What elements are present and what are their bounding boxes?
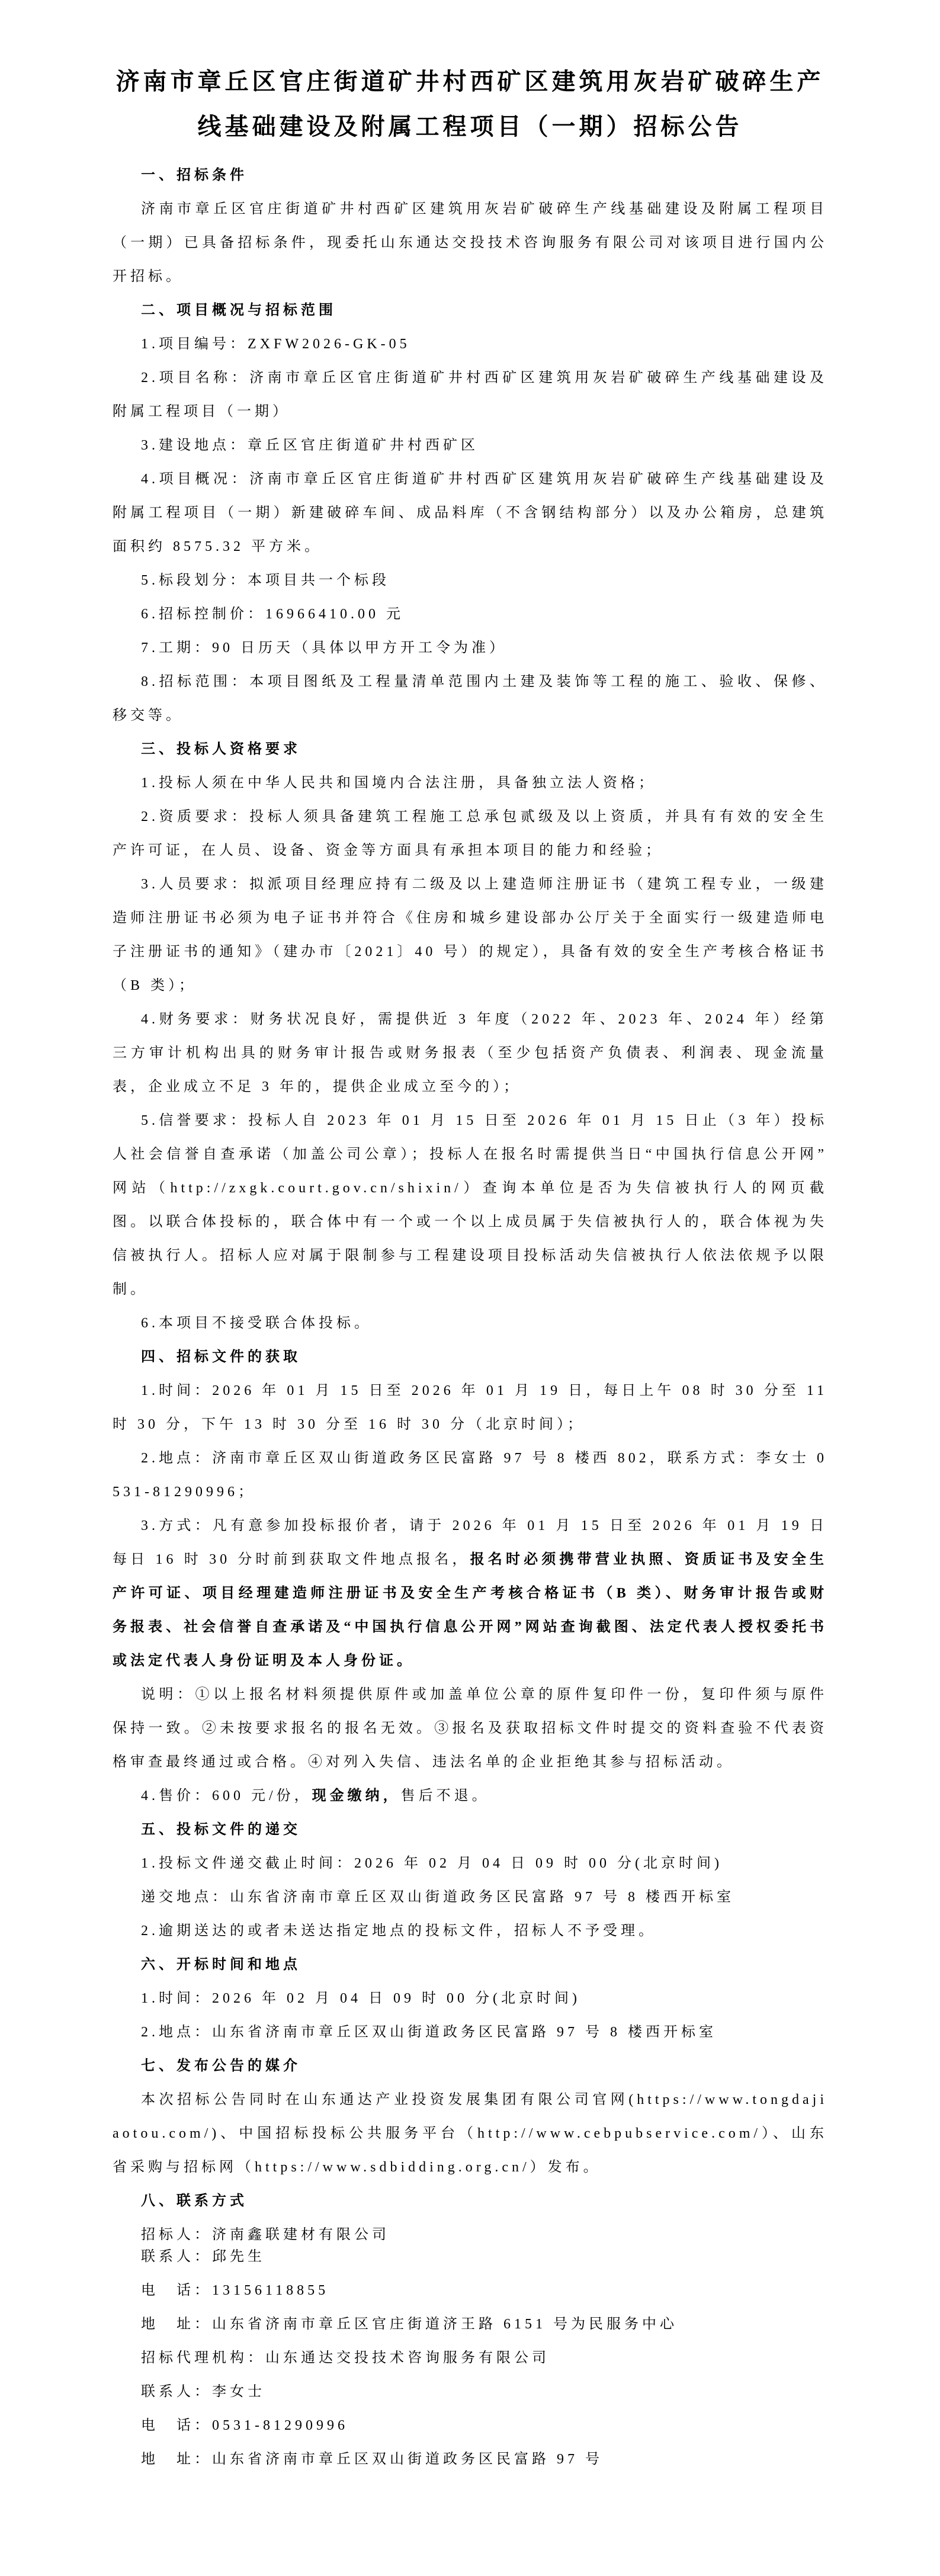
text-segment: 电 话：13156118855 [141,2283,329,2298]
text-segment: 招标代理机构：山东通达交投技术咨询服务有限公司 [141,2350,550,2366]
agency-contact-person: 联系人：李女士 [113,2375,827,2409]
paragraph: 1.投标文件递交截止时间：2026 年 02 月 04 日 09 时 00 分(… [113,1847,827,1881]
paragraph: 1.时间：2026 年 02 月 04 日 09 时 00 分(北京时间) [113,1982,827,2016]
paragraph: 5.信誉要求：投标人自 2023 年 01 月 15 日至 2026 年 01 … [113,1104,827,1307]
text-segment: 6.本项目不接受联合体投标。 [141,1316,372,1331]
text-segment: 1.时间：2026 年 02 月 04 日 09 时 00 分(北京时间) [141,1991,580,2006]
paragraph: 1.项目编号：ZXFW2026-GK-05 [113,328,827,361]
section-heading-6: 六、开标时间和地点 [113,1948,827,1982]
tenderer-address: 地 址：山东省济南市章丘区官庄街道济王路 6151 号为民服务中心 [113,2308,827,2341]
paragraph: 4.财务要求：财务状况良好，需提供近 3 年度（2022 年、2023 年、20… [113,1003,827,1104]
paragraph: 递交地点：山东省济南市章丘区双山街道政务区民富路 97 号 8 楼西开标室 [113,1881,827,1914]
section-heading-3: 三、投标人资格要求 [113,733,827,766]
paragraph: 5.标段划分：本项目共一个标段 [113,564,827,598]
text-segment: 1.项目编号：ZXFW2026-GK-05 [141,336,410,352]
text-segment: 递交地点：山东省济南市章丘区双山街道政务区民富路 97 号 8 楼西开标室 [141,1890,734,1905]
document-page: 济南市章丘区官庄街道矿井村西矿区建筑用灰岩矿破碎生产线基础建设及附属工程项目（一… [0,0,940,2576]
text-segment: 电 话：0531-81290996 [141,2418,348,2433]
text-segment: 1.投标文件递交截止时间：2026 年 02 月 04 日 09 时 00 分(… [141,1856,723,1871]
text-segment: 2.地点：山东省济南市章丘区双山街道政务区民富路 97 号 8 楼西开标室 [141,2025,717,2040]
paragraph: 3.方式：凡有意参加投标报价者，请于 2026 年 01 月 15 日至 202… [113,1509,827,1678]
paragraph: 3.建设地点：章丘区官庄街道矿井村西矿区 [113,429,827,463]
text-segment: 4.项目概况：济南市章丘区官庄街道矿井村西矿区建筑用灰岩矿破碎生产线基础建设及附… [113,471,827,554]
paragraph: 4.售价：600 元/份，现金缴纳，售后不退。 [113,1779,827,1813]
text-segment: 7.工期：90 日历天（具体以甲方开工令为准） [141,640,507,656]
paragraph: 3.人员要求：拟派项目经理应持有二级及以上建造师注册证书（建筑工程专业，一级建造… [113,868,827,1003]
text-segment: 地 址：山东省济南市章丘区官庄街道济王路 6151 号为民服务中心 [141,2317,678,2332]
paragraph: 2.地点：山东省济南市章丘区双山街道政务区民富路 97 号 8 楼西开标室 [113,2016,827,2049]
section-heading-2: 二、项目概况与招标范围 [113,294,827,328]
section-heading-8: 八、联系方式 [113,2184,827,2218]
paragraph: 2.项目名称：济南市章丘区官庄街道矿井村西矿区建筑用灰岩矿破碎生产线基础建设及附… [113,361,827,429]
text-segment: 报名时必须携带营业执照、资质证书及安全生产许可证、项目经理建造师注册证书及安全生… [113,1552,827,1669]
text-segment: 1.时间：2026 年 01 月 15 日至 2026 年 01 月 19 日，… [113,1383,827,1432]
tenderer-contact-person: 联系人：邱先生 [113,2240,827,2274]
text-segment: 6.招标控制价：16966410.00 元 [141,607,404,622]
text-segment: 联系人：李女士 [141,2384,265,2399]
text-segment: 现金缴纳， [312,1788,401,1804]
text-segment: 联系人：邱先生 [141,2249,265,2264]
text-segment: 4.财务要求：财务状况良好，需提供近 3 年度（2022 年、2023 年、20… [113,1012,827,1095]
document-sections: 一、招标条件济南市章丘区官庄街道矿井村西矿区建筑用灰岩矿破碎生产线基础建设及附属… [113,159,827,2476]
paragraph: 6.招标控制价：16966410.00 元 [113,598,827,631]
paragraph: 6.本项目不接受联合体投标。 [113,1307,827,1340]
paragraph: 2.资质要求：投标人须具备建筑工程施工总承包贰级及以上资质，并具有有效的安全生产… [113,800,827,868]
page-title: 济南市章丘区官庄街道矿井村西矿区建筑用灰岩矿破碎生产线基础建设及附属工程项目（一… [113,59,827,149]
text-segment: 说明：①以上报名材料须提供原件或加盖单位公章的原件复印件一份，复印件须与原件保持… [113,1687,827,1770]
paragraph: 4.项目概况：济南市章丘区官庄街道矿井村西矿区建筑用灰岩矿破碎生产线基础建设及附… [113,463,827,564]
text-segment: 3.人员要求：拟派项目经理应持有二级及以上建造师注册证书（建筑工程专业，一级建造… [113,877,827,993]
text-segment: 2.项目名称：济南市章丘区官庄街道矿井村西矿区建筑用灰岩矿破碎生产线基础建设及附… [113,370,827,419]
text-segment: 地 址：山东省济南市章丘区双山街道政务区民富路 97 号 [141,2452,603,2467]
text-segment: 本次招标公告同时在山东通达产业投资发展集团有限公司官网(https://www.… [113,2092,827,2175]
agency-phone: 电 话：0531-81290996 [113,2409,827,2443]
paragraph: 7.工期：90 日历天（具体以甲方开工令为准） [113,631,827,665]
text-segment: 4.售价：600 元/份， [141,1788,312,1804]
section-heading-1: 一、招标条件 [113,159,827,193]
paragraph: 1.时间：2026 年 01 月 15 日至 2026 年 01 月 19 日，… [113,1374,827,1442]
agency-name: 招标代理机构：山东通达交投技术咨询服务有限公司 [113,2341,827,2375]
paragraph: 2.逾期送达的或者未送达指定地点的投标文件，招标人不予受理。 [113,1914,827,1948]
text-segment: 5.信誉要求：投标人自 2023 年 01 月 15 日至 2026 年 01 … [113,1113,827,1297]
agency-address: 地 址：山东省济南市章丘区双山街道政务区民富路 97 号 [113,2443,827,2476]
text-segment: 2.逾期送达的或者未送达指定地点的投标文件，招标人不予受理。 [141,1923,656,1939]
paragraph: 说明：①以上报名材料须提供原件或加盖单位公章的原件复印件一份，复印件须与原件保持… [113,1678,827,1779]
text-segment: 5.标段划分：本项目共一个标段 [141,573,390,588]
paragraph: 2.地点：济南市章丘区双山街道政务区民富路 97 号 8 楼西 802，联系方式… [113,1442,827,1509]
text-segment: 售后不退。 [401,1788,490,1804]
text-segment: 3.建设地点：章丘区官庄街道矿井村西矿区 [141,438,479,453]
section-heading-4: 四、招标文件的获取 [113,1340,827,1374]
section-heading-5: 五、投标文件的递交 [113,1813,827,1847]
paragraph: 济南市章丘区官庄街道矿井村西矿区建筑用灰岩矿破碎生产线基础建设及附属工程项目（一… [113,193,827,294]
text-segment: 济南市章丘区官庄街道矿井村西矿区建筑用灰岩矿破碎生产线基础建设及附属工程项目（一… [113,201,827,284]
text-segment: 8.招标范围：本项目图纸及工程量清单范围内土建及装饰等工程的施工、验收、保修、移… [113,674,827,723]
text-segment: 1.投标人须在中华人民共和国境内合法注册，具备独立法人资格； [141,775,656,791]
text-segment: 2.资质要求：投标人须具备建筑工程施工总承包贰级及以上资质，并具有有效的安全生产… [113,809,827,858]
paragraph: 1.投标人须在中华人民共和国境内合法注册，具备独立法人资格； [113,766,827,800]
paragraph: 8.招标范围：本项目图纸及工程量清单范围内土建及装饰等工程的施工、验收、保修、移… [113,665,827,733]
text-segment: 2.地点：济南市章丘区双山街道政务区民富路 97 号 8 楼西 802，联系方式… [113,1451,827,1500]
paragraph: 本次招标公告同时在山东通达产业投资发展集团有限公司官网(https://www.… [113,2083,827,2184]
tenderer-phone: 电 话：13156118855 [113,2274,827,2308]
section-heading-7: 七、发布公告的媒介 [113,2049,827,2083]
